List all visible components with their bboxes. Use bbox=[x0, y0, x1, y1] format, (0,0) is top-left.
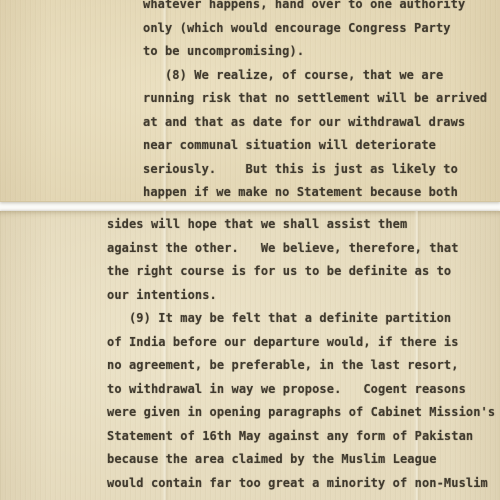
typewritten-text-block-lower: sides will hope that we shall assist the… bbox=[107, 213, 495, 495]
typewritten-line: whatever happens, hand over to one autho… bbox=[143, 0, 487, 17]
typewritten-line: happen if we make no Statement because b… bbox=[143, 181, 487, 202]
typewritten-line: at and that as date for our withdrawal d… bbox=[143, 111, 487, 135]
typewritten-line: would contain far too great a minority o… bbox=[107, 472, 495, 496]
typewritten-line: to withdrawal in way we propose. Cogent … bbox=[107, 378, 495, 402]
typewritten-line: near communal situation will deteriorate bbox=[143, 134, 487, 158]
typewritten-line: seriously. But this is just as likely to bbox=[143, 158, 487, 182]
typewritten-text-block-upper: whatever happens, hand over to one autho… bbox=[143, 0, 487, 202]
typewritten-line: sides will hope that we shall assist the… bbox=[107, 213, 495, 237]
typewritten-line: no agreement, be preferable, in the last… bbox=[107, 354, 495, 378]
typewritten-line: (8) We realize, of course, that we are bbox=[143, 64, 487, 88]
typewritten-line: Statement of 16th May against any form o… bbox=[107, 425, 495, 449]
typewritten-line: only (which would encourage Congress Par… bbox=[143, 17, 487, 41]
typewritten-line: the right course is for us to be definit… bbox=[107, 260, 495, 284]
typewritten-line: because the area claimed by the Muslim L… bbox=[107, 448, 495, 472]
typewritten-line: (9) It may be felt that a definite parti… bbox=[107, 307, 495, 331]
scanned-document-page: whatever happens, hand over to one autho… bbox=[0, 0, 500, 500]
typewritten-line: to be uncompromising). bbox=[143, 40, 487, 64]
paper-fragment-upper: whatever happens, hand over to one autho… bbox=[0, 0, 500, 202]
paper-fragment-lower: sides will hope that we shall assist the… bbox=[0, 211, 500, 500]
typewritten-line: our intentions. bbox=[107, 284, 495, 308]
typewritten-line: running risk that no settlement will be … bbox=[143, 87, 487, 111]
typewritten-line: of India before our departure would, if … bbox=[107, 331, 495, 355]
typewritten-line: were given in opening paragraphs of Cabi… bbox=[107, 401, 495, 425]
typewritten-line: against the other. We believe, therefore… bbox=[107, 237, 495, 261]
